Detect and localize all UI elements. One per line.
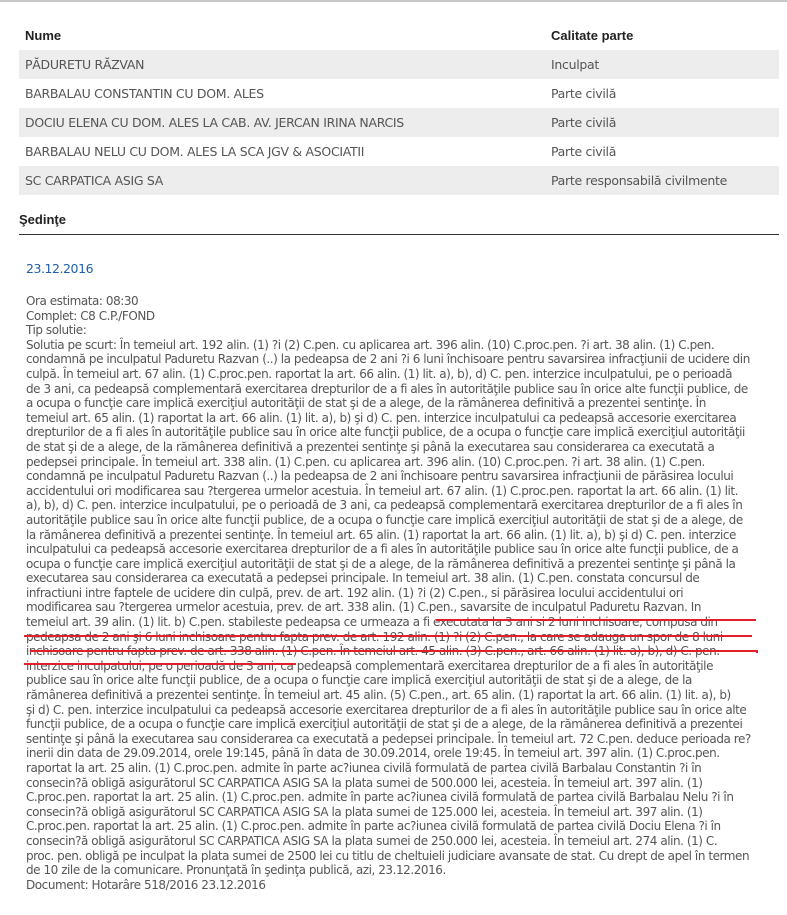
top-divider: [0, 0, 787, 2]
solution-line: temeiul art. 39 alin. (1) lit. b) C.pen.…: [26, 615, 786, 630]
sessions-section-title: Şedinţe: [19, 212, 779, 235]
annotation-underline: [24, 663, 296, 665]
party-role: Inculpat: [545, 50, 779, 79]
solution-line: culpă. În temeiul art. 67 alin. (1) C.pr…: [26, 367, 786, 382]
session-solution-type: Tip solutie:: [26, 323, 786, 338]
solution-line: consecin?ă obligă asigurătorul SC CARPAT…: [26, 776, 786, 791]
solution-line: sentinţe şi până la executarea sau consi…: [26, 732, 786, 747]
solution-line: consecin?ă obligă asigurătorul SC CARPAT…: [26, 805, 786, 820]
solution-line: pedepsei principale. În temeiul art. 338…: [26, 455, 786, 470]
solution-line: de stat şi de a alege, de la rămânerea d…: [26, 440, 786, 455]
table-row: BARBALAU CONSTANTIN CU DOM. ALES Parte c…: [19, 79, 779, 108]
party-name: PĂDURETU RĂZVAN: [19, 50, 545, 79]
table-row: BARBALAU NELU CU DOM. ALES LA SCA JGV & …: [19, 137, 779, 166]
party-role: Parte civilă: [545, 79, 779, 108]
party-name: SC CARPATICA ASIG SA: [19, 166, 545, 195]
solution-line: de 3 ani, ca pedeapsă complementară exer…: [26, 382, 786, 397]
party-name: BARBALAU CONSTANTIN CU DOM. ALES: [19, 79, 545, 108]
solution-line: inculpatului ca pedeapsă accesorie exerc…: [26, 542, 786, 557]
solution-line: interzice inculpatului, pe o perioadă de…: [26, 659, 786, 674]
solution-line: C.proc.pen. raportat la art. 25 alin. (1…: [26, 819, 786, 834]
solution-line: rămânerea definitivă a prezentei sentinţ…: [26, 688, 786, 703]
solution-line: consecin?ă obligă asigurătorul SC CARPAT…: [26, 834, 786, 849]
annotation-box-top: [30, 650, 758, 652]
session-solution-text: Solutia pe scurt: În temeiul art. 192 al…: [26, 338, 786, 878]
table-row: SC CARPATICA ASIG SA Parte responsabilă …: [19, 166, 779, 195]
annotation-underline: [24, 635, 752, 637]
solution-line: Solutia pe scurt: În temeiul art. 192 al…: [26, 338, 786, 353]
solution-line: drepturilor de a fi ales în autorităţile…: [26, 425, 786, 440]
column-header-role: Calitate parte: [545, 20, 779, 50]
solution-line: a ocupa o funcţie care implică exerciţiu…: [26, 396, 786, 411]
solution-line: inchisoare pentru fapta prev. de art. 33…: [26, 644, 786, 659]
session-date: 23.12.2016: [26, 261, 786, 276]
session-entry: 23.12.2016 Ora estimata: 08:30 Complet: …: [26, 261, 786, 892]
solution-line: a), b), d) C. pen. interzice inculpatulu…: [26, 498, 786, 513]
solution-line: inerii din data de 29.09.2014, orele 19:…: [26, 746, 786, 761]
solution-line: infractiuni intre faptele de ucidere din…: [26, 586, 786, 601]
party-name: BARBALAU NELU CU DOM. ALES LA SCA JGV & …: [19, 137, 545, 166]
solution-line: accidentului ori modificarea sau ?terger…: [26, 484, 786, 499]
session-document: Document: Hotarâre 518/2016 23.12.2016: [26, 878, 786, 893]
party-role: Parte civilă: [545, 108, 779, 137]
solution-line: la rămânerea definitivă a prezentei sent…: [26, 528, 786, 543]
solution-line: executarea sau considerarea ca executată…: [26, 571, 786, 586]
party-role: Parte civilă: [545, 137, 779, 166]
solution-line: condamnă pe inculpatul Paduretu Razvan (…: [26, 352, 786, 367]
column-header-name: Nume: [19, 20, 545, 50]
table-row: PĂDURETU RĂZVAN Inculpat: [19, 50, 779, 79]
solution-line: funcţii publice, de a ocupa o funcţie ca…: [26, 717, 786, 732]
solution-line: şi d) C. pen. interzice inculpatului ca …: [26, 703, 786, 718]
solution-line: ocupa o funcţie care implică exerciţiul …: [26, 557, 786, 572]
session-estimated-time: Ora estimata: 08:30: [26, 294, 786, 309]
table-row: DOCIU ELENA CU DOM. ALES LA CAB. AV. JER…: [19, 108, 779, 137]
solution-line: de 10 zile de la comunicare. Pronunţată …: [26, 863, 786, 878]
parties-table: Nume Calitate parte PĂDURETU RĂZVAN Incu…: [19, 20, 779, 195]
solution-line: modificarea sau ?tergerea urmelor acestu…: [26, 600, 786, 615]
table-header-row: Nume Calitate parte: [19, 20, 779, 50]
solution-line: C.proc.pen. raportat la art. 25 alin. (1…: [26, 790, 786, 805]
party-name: DOCIU ELENA CU DOM. ALES LA CAB. AV. JER…: [19, 108, 545, 137]
party-role: Parte responsabilă civilmente: [545, 166, 779, 195]
solution-line: autorităţile publice sau în orice alte f…: [26, 513, 786, 528]
annotation-underline: [436, 619, 756, 621]
solution-line: condamnă pe inculpatul Paduretu Razvan (…: [26, 469, 786, 484]
solution-line: temeiul art. 65 alin. (1) raportat la ar…: [26, 411, 786, 426]
session-panel: Complet: C8 C.P./FOND: [26, 309, 786, 324]
solution-line: proc. pen. obligă pe inculpat la plata s…: [26, 849, 786, 864]
annotation-box-right: [756, 650, 758, 653]
solution-line: raportat la art. 25 alin. (1) C.proc.pen…: [26, 761, 786, 776]
solution-line: publice sau în orice alte funcţii public…: [26, 673, 786, 688]
